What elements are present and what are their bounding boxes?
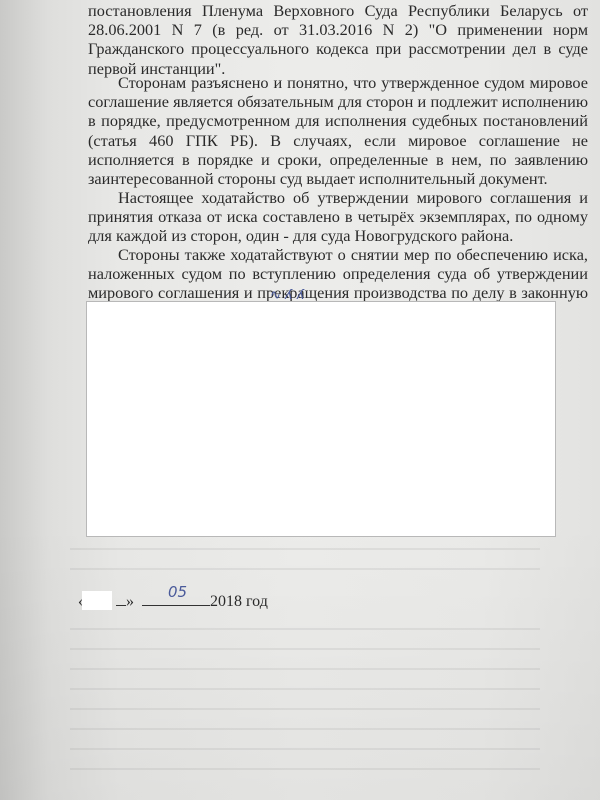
paragraph-settlement-binding: Сторонам разъяснено и понятно, что утвер… bbox=[88, 73, 588, 188]
close-quote: » bbox=[126, 592, 134, 611]
redacted-day bbox=[82, 591, 112, 610]
show-through-line bbox=[70, 628, 540, 630]
paragraph-copies: Настоящее ходатайство об утверждении мир… bbox=[88, 188, 588, 246]
year-text: 2018 год bbox=[210, 592, 268, 611]
handwritten-month: 05 bbox=[168, 583, 187, 602]
show-through-line bbox=[70, 688, 540, 690]
month-underline: 05 bbox=[142, 591, 210, 606]
redacted-signature-block bbox=[87, 302, 555, 536]
paragraph-text: Настоящее ходатайство об утверждении мир… bbox=[88, 188, 588, 246]
show-through-line bbox=[70, 708, 540, 710]
paragraph-text: постановления Пленума Верховного Суда Ре… bbox=[88, 1, 588, 78]
show-through-line bbox=[70, 728, 540, 730]
page-shadow bbox=[0, 520, 600, 800]
signature-scribble: ∿ ʎ ʎ bbox=[270, 288, 305, 303]
paragraph-resolution-reference: постановления Пленума Верховного Суда Ре… bbox=[88, 1, 588, 78]
show-through-line bbox=[70, 568, 540, 570]
show-through-line bbox=[70, 768, 540, 770]
show-through-line bbox=[70, 548, 540, 550]
day-underline bbox=[116, 591, 126, 606]
paragraph-text: Сторонам разъяснено и понятно, что утвер… bbox=[88, 73, 588, 188]
show-through-line bbox=[70, 648, 540, 650]
show-through-line bbox=[70, 748, 540, 750]
show-through-line bbox=[70, 668, 540, 670]
